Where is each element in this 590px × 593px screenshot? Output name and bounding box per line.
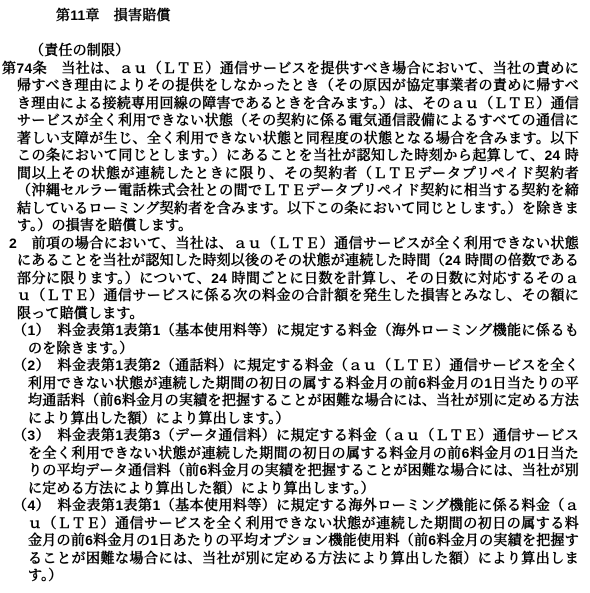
section-heading: （責任の制限）	[30, 42, 579, 60]
article-74-item-3: （3） 料金表第1表第3（データ通信料）に規定する料金（ａｕ（ＬＴＥ）通信サービ…	[2, 427, 579, 497]
chapter-heading: 第11章 損害賠償	[56, 7, 579, 25]
article-74-paragraph-1: 第74条 当社は、ａｕ（ＬＴＥ）通信サービスを提供すべき場合において、当社の責め…	[2, 60, 579, 235]
article-74-item-4: （4） 料金表第1表第1（基本使用料等）に規定する海外ローミング機能に係る料金（…	[2, 497, 579, 585]
document-page: 第11章 損害賠償 （責任の制限） 第74条 当社は、ａｕ（ＬＴＥ）通信サービス…	[0, 0, 590, 593]
article-74-item-1: （1） 料金表第1表第1（基本使用料等）に規定する料金（海外ローミング機能に係る…	[2, 322, 579, 357]
article-74-item-2: （2） 料金表第1表第2（通話料）に規定する料金（ａｕ（ＬＴＥ）通信サービスを全…	[2, 357, 579, 427]
article-74-paragraph-2: 2 前項の場合において、当社は、ａｕ（ＬＴＥ）通信サービスが全く利用できない状態…	[2, 235, 579, 323]
